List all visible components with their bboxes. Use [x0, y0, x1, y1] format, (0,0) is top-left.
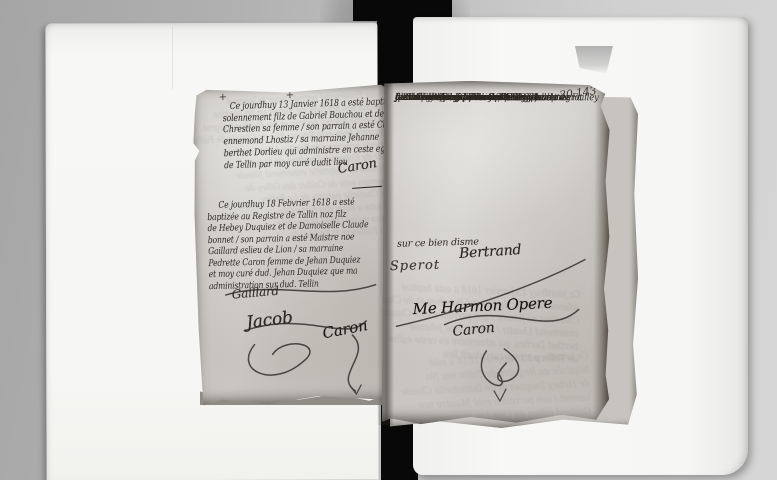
- ghost-line: baptizée au Registre de Tallin noz filz: [428, 363, 590, 384]
- register-scan-photo: Jean Ennemond parrain pour le Jeannetqua…: [0, 0, 777, 480]
- ink-dash: [352, 186, 382, 189]
- manuscript-page-left: Jean Ennemond parrain pour le Jeannetqua…: [193, 84, 394, 405]
- line-end-dash: [400, 98, 405, 99]
- register-entry-2: Ce jourdhuy 18 Febvrier 1618 a estébapti…: [207, 196, 389, 292]
- ghost-line: ennemond Lhostiz / sa marraine Jehanne: [417, 321, 579, 341]
- manuscript-page-right: Ce jourdhuy 13 Janvier 1618 a esté bapti…: [382, 80, 612, 427]
- spine-strap-middle: [377, 0, 415, 96]
- page-crease: [172, 27, 173, 89]
- signature-caron-entry2: Caron: [321, 316, 369, 342]
- signature-me-harmon: Me Harmon Opere: [412, 294, 552, 318]
- signature-jacob: Jacob: [245, 308, 294, 333]
- signature-caron-right: Caron: [452, 320, 496, 340]
- ghost-line: de Hebey Duquiez et de Damoiselle Claude: [428, 377, 590, 398]
- signature-gaillard: Gaillard: [231, 284, 279, 302]
- signature-sperot: Sperot: [390, 258, 441, 274]
- ghost-line: berthet Dorlieu qui administre en ceste …: [417, 334, 579, 354]
- entry-line-text: de Failley et la fremieude: [395, 92, 499, 103]
- signature-bertrand: Bertrand: [459, 242, 522, 262]
- ghost-line: de Tellin par moy curé dudit lieu: [416, 347, 578, 367]
- ghost-line: Ce jourdhuy 18 Febvrier 1618 a esté: [427, 349, 589, 370]
- ghost-line: bonnet / son parrain a esté Maistre noe: [429, 391, 591, 412]
